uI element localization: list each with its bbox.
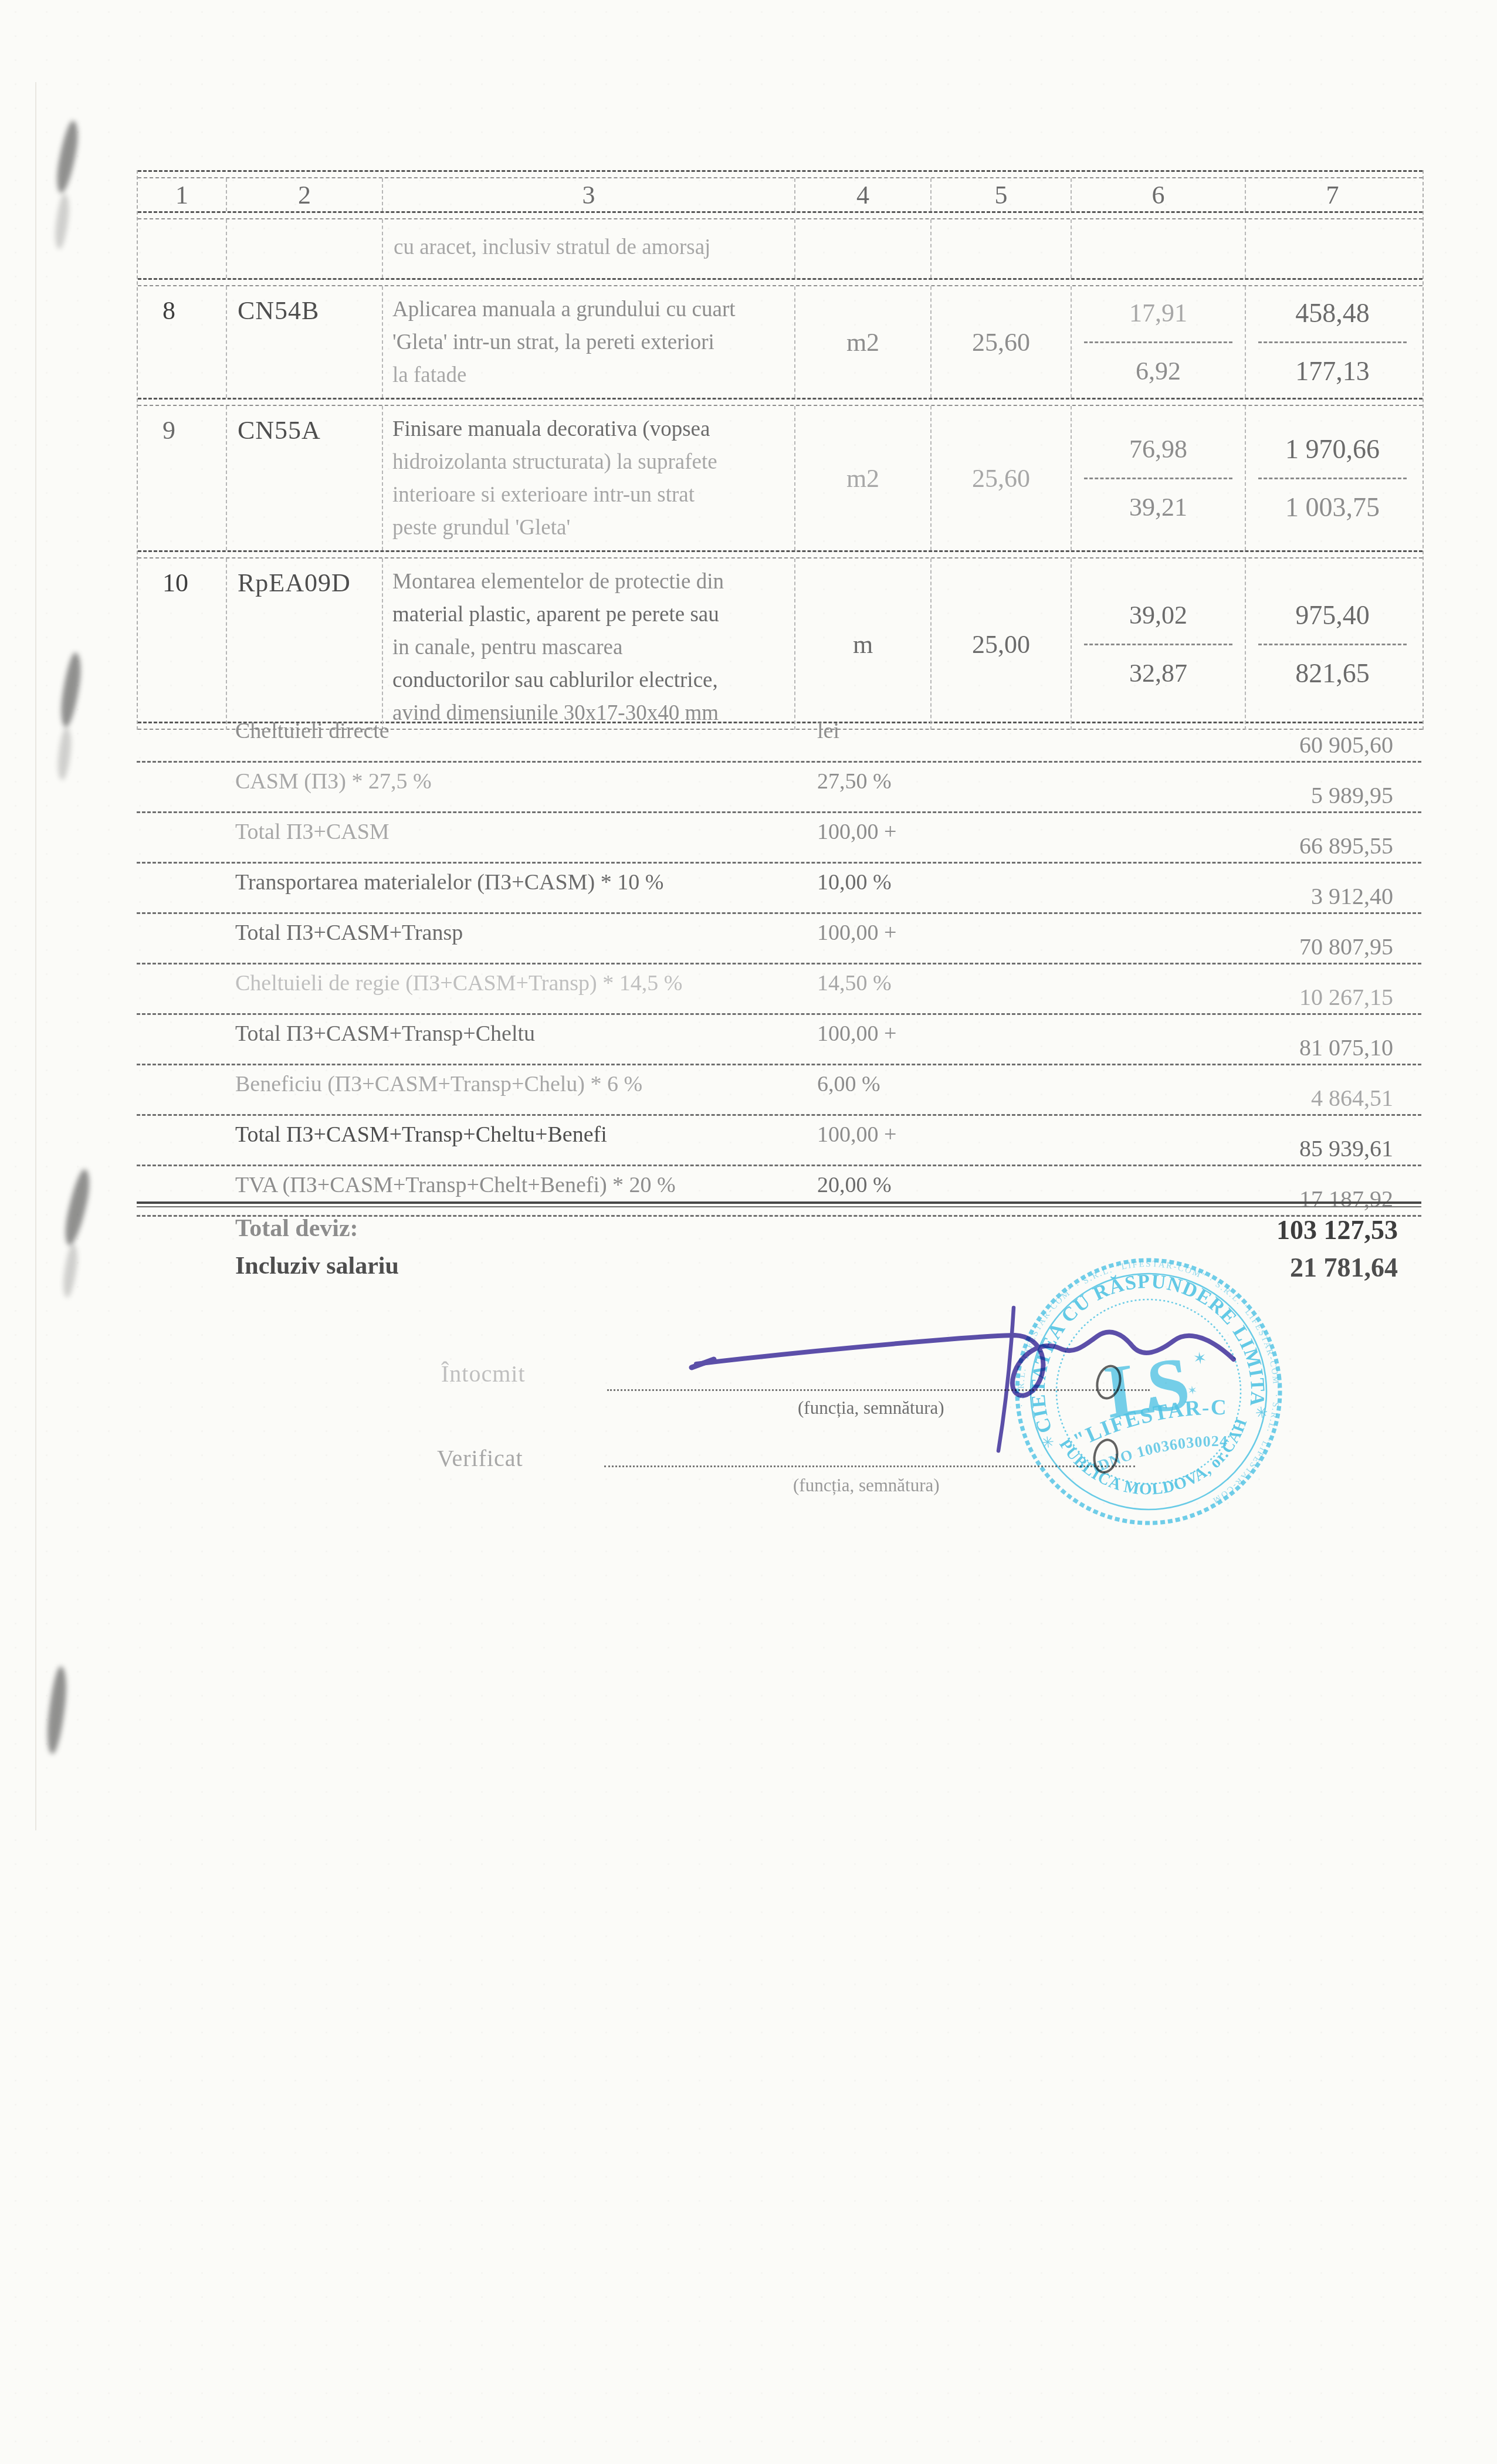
signature-caption: (funcția, semnătura) bbox=[793, 1475, 940, 1496]
summary-value: 10 267,15 bbox=[1299, 983, 1393, 1011]
table-row: 9 CN55A Finisare manuala decorativa (vop… bbox=[138, 406, 1423, 550]
item-code: RpEA09D bbox=[227, 559, 383, 730]
item-value: 1 970,66 1 003,75 bbox=[1246, 406, 1419, 550]
column-header: 2 bbox=[227, 178, 383, 211]
salary-included-label: Incluziv salariu bbox=[235, 1252, 399, 1280]
item-quantity: 25,60 bbox=[932, 406, 1072, 550]
item-value: 458,48 177,13 bbox=[1246, 286, 1419, 398]
summary-value: 3 912,40 bbox=[1311, 882, 1393, 910]
summary-label: Transportarea materialelor (ПЗ+CASM) * 1… bbox=[235, 869, 663, 895]
column-header: 4 bbox=[795, 178, 932, 211]
summary-row: Total ПЗ+CASM 100,00 + 66 895,55 bbox=[137, 813, 1421, 864]
column-header: 7 bbox=[1246, 178, 1419, 211]
summary-label: Beneficiu (ПЗ+CASM+Transp+Chelu) * 6 % bbox=[235, 1071, 642, 1097]
summary-row: Total ПЗ+CASM+Transp+Cheltu 100,00 + 81 … bbox=[137, 1015, 1421, 1065]
summary-rate: 6,00 % bbox=[817, 1071, 880, 1097]
item-unit: m bbox=[795, 559, 932, 730]
summary-label: Total ПЗ+CASM+Transp+Cheltu+Benefi bbox=[235, 1122, 607, 1148]
summary-section: Cheltuieli directe lei 60 905,60 CASM (П… bbox=[137, 712, 1421, 1217]
item-description: Finisare manuala decorativa (vopsea hidr… bbox=[383, 406, 795, 550]
ink-smudge bbox=[58, 652, 84, 728]
total-deviz-value: 103 127,53 bbox=[1276, 1214, 1398, 1245]
item-description: Montarea elementelor de protectie din ma… bbox=[383, 559, 795, 730]
item-code: CN54B bbox=[227, 286, 383, 398]
summary-label: Cheltuieli directe bbox=[235, 718, 390, 744]
summary-label: CASM (ПЗ) * 27,5 % bbox=[235, 769, 432, 794]
ink-smudge bbox=[45, 1666, 69, 1755]
summary-row: Total ПЗ+CASM+Transp 100,00 + 70 807,95 bbox=[137, 914, 1421, 964]
ink-smudge bbox=[56, 727, 73, 780]
item-quantity: 25,00 bbox=[932, 559, 1072, 730]
totals-separator-line bbox=[137, 1201, 1421, 1207]
summary-rate: 100,00 + bbox=[817, 920, 896, 946]
summary-row: Cheltuieli directe lei 60 905,60 bbox=[137, 712, 1421, 763]
summary-row: CASM (ПЗ) * 27,5 % 27,50 % 5 989,95 bbox=[137, 763, 1421, 813]
summary-rate: 10,00 % bbox=[817, 869, 892, 895]
summary-rate: 100,00 + bbox=[817, 1122, 896, 1148]
summary-rate: lei bbox=[817, 718, 839, 744]
summary-rate: 20,00 % bbox=[817, 1172, 892, 1198]
table-row: 8 CN54B Aplicarea manuala a grundului cu… bbox=[138, 286, 1423, 398]
summary-value: 60 905,60 bbox=[1299, 731, 1393, 759]
stamp-star-icon: ✶ bbox=[1187, 1384, 1198, 1398]
ink-smudge bbox=[53, 193, 71, 250]
item-number: 9 bbox=[138, 406, 227, 550]
table-row: 10 RpEA09D Montarea elementelor de prote… bbox=[138, 559, 1423, 722]
summary-row: Cheltuieli de regie (ПЗ+CASM+Transp) * 1… bbox=[137, 964, 1421, 1015]
estimate-table: 1 2 3 4 5 6 7 cu aracet, inclusiv stratu… bbox=[137, 170, 1424, 730]
ink-smudge bbox=[61, 1243, 79, 1298]
ink-smudge bbox=[62, 1168, 94, 1247]
column-header: 5 bbox=[932, 178, 1072, 211]
item-unit-price: 39,02 32,87 bbox=[1072, 559, 1246, 730]
continuation-text: cu aracet, inclusiv stratul de amorsaj bbox=[383, 219, 795, 278]
item-unit-price: 76,98 39,21 bbox=[1072, 406, 1246, 550]
summary-row: Total ПЗ+CASM+Transp+Cheltu+Benefi 100,0… bbox=[137, 1116, 1421, 1166]
summary-rate: 14,50 % bbox=[817, 970, 892, 996]
continuation-row: cu aracet, inclusiv stratul de amorsaj bbox=[138, 219, 1423, 278]
column-header: 3 bbox=[383, 178, 795, 211]
item-unit-price: 17,91 6,92 bbox=[1072, 286, 1246, 398]
salary-included-value: 21 781,64 bbox=[1290, 1252, 1398, 1283]
summary-value: 4 864,51 bbox=[1311, 1084, 1393, 1112]
summary-value: 66 895,55 bbox=[1299, 832, 1393, 859]
table-header-row: 1 2 3 4 5 6 7 bbox=[138, 178, 1423, 211]
summary-label: Cheltuieli de regie (ПЗ+CASM+Transp) * 1… bbox=[235, 970, 682, 996]
item-code: CN55A bbox=[227, 406, 383, 550]
stamp-asterisk-icon: ✳ bbox=[1254, 1404, 1269, 1422]
summary-value: 85 939,61 bbox=[1299, 1135, 1393, 1162]
scanned-estimate-page: 1 2 3 4 5 6 7 cu aracet, inclusiv stratu… bbox=[0, 0, 1497, 2464]
item-number: 10 bbox=[138, 559, 227, 730]
summary-rate: 100,00 + bbox=[817, 1021, 896, 1047]
checked-by-label: Verificat bbox=[437, 1444, 523, 1472]
summary-row: Transportarea materialelor (ПЗ+CASM) * 1… bbox=[137, 864, 1421, 914]
summary-value: 70 807,95 bbox=[1299, 933, 1393, 960]
summary-value: 81 075,10 bbox=[1299, 1034, 1393, 1061]
item-value: 975,40 821,65 bbox=[1246, 559, 1419, 730]
summary-row: Beneficiu (ПЗ+CASM+Transp+Chelu) * 6 % 6… bbox=[137, 1065, 1421, 1116]
summary-rate: 27,50 % bbox=[817, 769, 892, 794]
item-unit: m2 bbox=[795, 286, 932, 398]
column-header: 1 bbox=[138, 178, 227, 211]
company-stamp: · S.R.L. "LIFESTAR-COM" · S.R.L. "LIFEST… bbox=[1010, 1253, 1287, 1530]
summary-label: Total ПЗ+CASM+Transp+Cheltu bbox=[235, 1021, 535, 1047]
stamp-asterisk-icon: ✳ bbox=[1041, 1433, 1055, 1451]
summary-label: Total ПЗ+CASM+Transp bbox=[235, 920, 463, 946]
summary-label: TVA (ПЗ+CASM+Transp+Chelt+Benefi) * 20 % bbox=[235, 1172, 676, 1198]
item-number: 8 bbox=[138, 286, 227, 398]
summary-value: 5 989,95 bbox=[1311, 781, 1393, 809]
summary-rate: 100,00 + bbox=[817, 819, 896, 845]
total-deviz-label: Total deviz: bbox=[235, 1214, 358, 1243]
ink-smudge bbox=[53, 120, 81, 195]
item-description: Aplicarea manuala a grundului cu cuart '… bbox=[383, 286, 795, 398]
table-border-top bbox=[138, 170, 1423, 178]
summary-label: Total ПЗ+CASM bbox=[235, 819, 390, 845]
item-quantity: 25,60 bbox=[932, 286, 1072, 398]
column-header: 6 bbox=[1072, 178, 1246, 211]
stamp-star-icon: ✶ bbox=[1192, 1349, 1208, 1369]
prepared-by-label: Întocmit bbox=[441, 1360, 526, 1387]
scan-edge-line bbox=[35, 82, 36, 1830]
item-unit: m2 bbox=[795, 406, 932, 550]
